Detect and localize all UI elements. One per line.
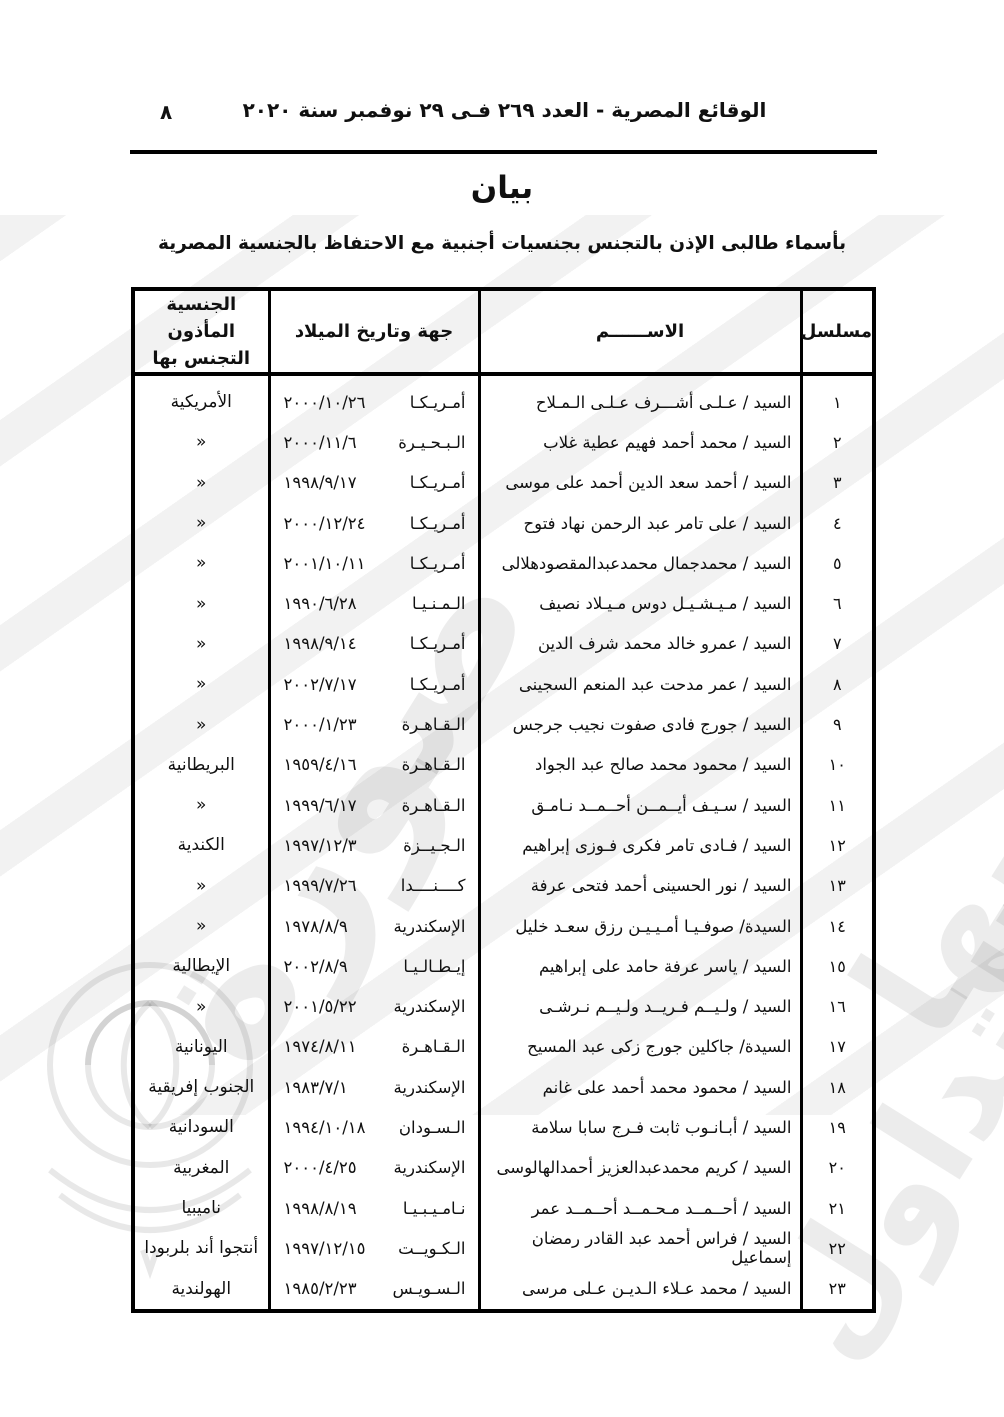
name-cell: السيد / محمود محمد أحمد على غانم [479, 1067, 801, 1107]
table-row: ٢٣ السيد / محمد عـلاء الـديـن عـلى مرسى … [133, 1269, 874, 1311]
birth-place: أمـريـكـا [410, 634, 466, 653]
table-row: ١٧ السيدة/ جاكلين جورج زكى عبد المسيح ال… [133, 1027, 874, 1067]
nationality-cell: « [133, 422, 269, 462]
serial-value: ١ [833, 393, 842, 412]
name-cell: السيد / ولـيــم فـريــد ولـيــم نـرشـى [479, 986, 801, 1026]
table-row: ٢٠ السيد / كريم محمدعبدالعزيز أحمدالهالو… [133, 1148, 874, 1188]
birth-place: أمـريـكـا [410, 473, 466, 492]
nationality-cell: « [133, 785, 269, 825]
nationality-value: السودانية [169, 1117, 234, 1137]
applicant-name: السيد / فـادى تامر فكرى فـوزى إبراهيم [522, 836, 791, 855]
nationality-value: « [196, 876, 206, 896]
serial-cell: ١١ [801, 785, 874, 825]
table-row: ١١ السيد / سـيـف أيــمــن أحــمــد نـامـ… [133, 785, 874, 825]
statement-title: بيان [0, 170, 1004, 206]
serial-cell: ٢١ [801, 1188, 874, 1228]
table-row: ١ السيد / عـلـى أشـــرف عـلـى الـمـلاح أ… [133, 374, 874, 422]
serial-value: ١٥ [829, 957, 846, 976]
column-header-nationality: الجنسية المأذون التجنس بها [133, 289, 269, 374]
birth-cell: الـسـودان ١٩٩٤/١٠/١٨ [269, 1107, 479, 1147]
birth-cell: الـقـاهـرة ٢٠٠٠/١/٢٣ [269, 704, 479, 744]
nationality-cell: « [133, 543, 269, 583]
nationality-value: الإيطالية [172, 956, 230, 976]
nationality-value: المغربية [173, 1158, 229, 1178]
serial-cell: ١٩ [801, 1107, 874, 1147]
serial-cell: ٥ [801, 543, 874, 583]
table-row: ٧ السيد / عمرو خالد محمد شرف الدين أمـري… [133, 624, 874, 664]
birth-date: ٢٠٠٠/١٠/٢٦ [284, 393, 366, 412]
birth-place: الـجـيــزة [403, 836, 465, 855]
birth-date: ١٩٩٩/٧/٢٦ [284, 876, 357, 895]
birth-date: ١٩٩٨/٨/١٩ [284, 1199, 357, 1218]
table-row: ١٦ السيد / ولـيــم فـريــد ولـيــم نـرشـ… [133, 986, 874, 1026]
serial-value: ٢٣ [829, 1279, 846, 1298]
nationality-value: البريطانية [168, 755, 235, 775]
column-header-nationality-line2: التجنس بها [152, 348, 250, 369]
nationality-value: « [196, 634, 206, 654]
serial-cell: ٧ [801, 624, 874, 664]
applicant-name: السيد / كريم محمدعبدالعزيز أحمدالهالوسى [497, 1158, 792, 1177]
serial-value: ٢١ [829, 1199, 846, 1218]
birth-cell: الـمـنـيـا ١٩٩٠/٦/٢٨ [269, 583, 479, 623]
applicant-name: السيد / فراس أحمد عبد القادر رمضان إسماع… [532, 1229, 792, 1267]
applicant-name: السيد / محمد عـلاء الـديـن عـلى مرسى [522, 1279, 791, 1298]
birth-place: الـقـاهـرة [402, 1037, 466, 1056]
nationality-value: « [196, 997, 206, 1017]
nationality-value: أنتجوا أند بلربودا [144, 1238, 258, 1258]
birth-date: ١٩٩٠/٦/٢٨ [284, 594, 357, 613]
serial-value: ١٤ [829, 917, 846, 936]
applicant-name: السيد / أبـانـوب ثابت فـرج سابا سلامة [531, 1118, 791, 1137]
serial-value: ١٩ [829, 1118, 846, 1137]
birth-place: الـمـنـيـا [412, 594, 465, 613]
nationality-cell: الكندية [133, 825, 269, 865]
serial-cell: ١٤ [801, 906, 874, 946]
applicant-name: السيد / أحــمــد مـحـمــد أحــمــد عمر [532, 1199, 792, 1218]
birth-cell: إيـطـالـيـا ٢٠٠٢/٨/٩ [269, 946, 479, 986]
birth-cell: الـقـاهـرة ١٩٥٩/٤/١٦ [269, 745, 479, 785]
table-row: ١٢ السيد / فـادى تامر فكرى فـوزى إبراهيم… [133, 825, 874, 865]
nationality-value: الكندية [178, 835, 225, 855]
birth-cell: الـجـيــزة ١٩٩٧/١٢/٣ [269, 825, 479, 865]
name-cell: السيد / أحمد سعد الدين أحمد على موسى [479, 463, 801, 503]
birth-cell: أمـريـكـا ٢٠٠١/١٠/١١ [269, 543, 479, 583]
serial-value: ٥ [833, 554, 842, 573]
name-cell: السيد / عمرو خالد محمد شرف الدين [479, 624, 801, 664]
gazette-page: الوقائع المصرية - العدد ٢٦٩ فـى ٢٩ نوفمب… [0, 0, 1004, 1417]
serial-value: ١٧ [829, 1037, 846, 1056]
nationality-cell: « [133, 463, 269, 503]
birth-place: الإسكندرية [394, 1158, 466, 1177]
nationality-cell: « [133, 986, 269, 1026]
nationality-cell: « [133, 906, 269, 946]
birth-date: ٢٠٠٠/١/٢٣ [284, 715, 357, 734]
serial-cell: ٢ [801, 422, 874, 462]
applicant-name: السيد / أحمد سعد الدين أحمد على موسى [505, 473, 791, 492]
applicant-name: السيدة/ جاكلين جورج زكى عبد المسيح [527, 1037, 791, 1056]
nationality-value: ناميبيا [181, 1198, 221, 1218]
birth-cell: الـقـاهـرة ١٩٧٤/٨/١١ [269, 1027, 479, 1067]
nationality-cell: « [133, 583, 269, 623]
nationality-cell: البريطانية [133, 745, 269, 785]
table-row: ١٤ السيدة/ صوفـيـا أمـيـيـن رزق سعـد خلي… [133, 906, 874, 946]
table-row: ٢١ السيد / أحــمــد مـحـمــد أحــمــد عم… [133, 1188, 874, 1228]
applicant-name: السيد / محمد أحمد فهيم عطية غلاب [543, 433, 791, 452]
table-row: ١٣ السيد / نور الحسينى أحمد فتحى عرفة كـ… [133, 866, 874, 906]
birth-date: ٢٠٠١/٥/٢٢ [284, 997, 357, 1016]
serial-value: ١٦ [829, 997, 846, 1016]
name-cell: السيد / مـيـشـيـل دوس مـيـلاد نصيف [479, 583, 801, 623]
name-cell: السيد / أحــمــد مـحـمــد أحــمــد عمر [479, 1188, 801, 1228]
serial-value: ٦ [833, 594, 842, 613]
birth-date: ٢٠٠٢/٧/١٧ [284, 675, 357, 694]
nationality-cell: أنتجوا أند بلربودا [133, 1228, 269, 1268]
birth-date: ١٩٩٨/٩/١٧ [284, 473, 357, 492]
table-row: ٣ السيد / أحمد سعد الدين أحمد على موسى أ… [133, 463, 874, 503]
birth-date: ٢٠٠٠/١٢/٢٤ [284, 514, 366, 533]
birth-place: أمـريـكـا [410, 675, 466, 694]
applicant-name: السيد / على تامر عبد الرحمن نهاد فتوح [524, 514, 792, 533]
table-header-row: مسلسل الاســــــم جهة وتاريخ الميلاد الج… [133, 289, 874, 374]
name-cell: السيد / محمدجمال محمدعبدالمقصودهلالى [479, 543, 801, 583]
page-header: الوقائع المصرية - العدد ٢٦٩ فـى ٢٩ نوفمب… [132, 98, 877, 140]
serial-value: ٨ [833, 675, 842, 694]
name-cell: السيدة/ صوفـيـا أمـيـيـن رزق سعـد خليل [479, 906, 801, 946]
applicant-name: السيد / نور الحسينى أحمد فتحى عرفة [531, 876, 792, 895]
nationality-cell: « [133, 664, 269, 704]
serial-cell: ٤ [801, 503, 874, 543]
applicant-name: السيد / محمود محمد أحمد على غانم [543, 1078, 792, 1097]
serial-value: ٧ [833, 634, 842, 653]
name-cell: السيد / عمر مدحت عبد المنعم السجينى [479, 664, 801, 704]
table-row: ١٥ السيد / ياسر عرفة حامد على إبراهيم إي… [133, 946, 874, 986]
applicant-name: السيدة/ صوفـيـا أمـيـيـن رزق سعـد خليل [515, 917, 791, 936]
nationality-cell: الجنوب إفريقية [133, 1067, 269, 1107]
birth-place: الـبـحـيـرة [398, 433, 465, 452]
nationality-cell: ناميبيا [133, 1188, 269, 1228]
serial-value: ٢٢ [829, 1239, 846, 1258]
birth-cell: الـسـويـس ١٩٨٥/٢/٢٣ [269, 1269, 479, 1311]
nationality-value: الهولندية [171, 1279, 231, 1299]
name-cell: السيد / محمد عـلاء الـديـن عـلى مرسى [479, 1269, 801, 1311]
birth-place: الـسـودان [399, 1118, 466, 1137]
gazette-title: الوقائع المصرية - العدد ٢٦٩ فـى ٢٩ نوفمب… [132, 98, 877, 122]
name-cell: السيد / محمد أحمد فهيم عطية غلاب [479, 422, 801, 462]
birth-cell: الإسكندرية ١٩٨٣/٧/١ [269, 1067, 479, 1107]
birth-place: أمـريـكـا [410, 554, 466, 573]
nationality-cell: « [133, 503, 269, 543]
birth-date: ١٩٨٥/٢/٢٣ [284, 1279, 357, 1298]
nationality-cell: « [133, 624, 269, 664]
table-row: ١٩ السيد / أبـانـوب ثابت فـرج سابا سلامة… [133, 1107, 874, 1147]
birth-place: الـكـويــت [398, 1239, 465, 1258]
name-cell: السيد / على تامر عبد الرحمن نهاد فتوح [479, 503, 801, 543]
serial-value: ٢٠ [829, 1158, 846, 1177]
table-row: ٩ السيد / جورج فادى صفوت نجيب جرجس الـقـ… [133, 704, 874, 744]
nationality-cell: « [133, 866, 269, 906]
name-cell: السيد / فـادى تامر فكرى فـوزى إبراهيم [479, 825, 801, 865]
serial-cell: ١٥ [801, 946, 874, 986]
birth-place: الإسكندرية [394, 997, 466, 1016]
birth-place: الإسكندرية [394, 917, 466, 936]
birth-cell: نـامـيـبـيـا ١٩٩٨/٨/١٩ [269, 1188, 479, 1228]
column-header-nationality-line1: الجنسية المأذون [166, 294, 236, 342]
birth-date: ١٩٩٤/١٠/١٨ [284, 1118, 366, 1137]
table-row: ١٨ السيد / محمود محمد أحمد على غانم الإس… [133, 1067, 874, 1107]
birth-date: ٢٠٠٠/١١/٦ [284, 433, 357, 452]
column-header-serial: مسلسل [801, 289, 874, 374]
birth-cell: أمـريـكـا ١٩٩٨/٩/١٤ [269, 624, 479, 664]
serial-value: ٣ [833, 473, 842, 492]
nationality-cell: المغربية [133, 1148, 269, 1188]
serial-cell: ١٢ [801, 825, 874, 865]
birth-place: الـسـويـس [393, 1279, 466, 1298]
applicant-name: السيد / عـلـى أشـــرف عـلـى الـمـلاح [536, 393, 792, 412]
birth-date: ١٩٧٤/٨/١١ [284, 1037, 357, 1056]
applicant-name: السيد / سـيـف أيــمــن أحــمــد نـامـق [531, 796, 791, 815]
nationality-value: « [196, 473, 206, 493]
table-row: ٢ السيد / محمد أحمد فهيم عطية غلاب الـبـ… [133, 422, 874, 462]
applicant-name: السيد / ياسر عرفة حامد على إبراهيم [539, 957, 792, 976]
statement-subtitle: بأسماء طالبى الإذن بالتجنس بجنسيات أجنبي… [0, 233, 1004, 254]
birth-date: ٢٠٠٢/٨/٩ [284, 957, 348, 976]
birth-cell: الـبـحـيـرة ٢٠٠٠/١١/٦ [269, 422, 479, 462]
serial-value: ١١ [829, 796, 846, 815]
nationality-value: الأمريكية [171, 392, 232, 412]
applicant-name: السيد / مـيـشـيـل دوس مـيـلاد نصيف [539, 594, 791, 613]
nationality-value: « [196, 432, 206, 452]
applicants-table: مسلسل الاســــــم جهة وتاريخ الميلاد الج… [131, 287, 876, 1313]
serial-value: ١٨ [829, 1078, 846, 1097]
table-row: ٨ السيد / عمر مدحت عبد المنعم السجينى أم… [133, 664, 874, 704]
serial-cell: ١٦ [801, 986, 874, 1026]
serial-value: ٢ [833, 433, 842, 452]
nationality-value: « [196, 916, 206, 936]
birth-cell: كــــنــــدا ١٩٩٩/٧/٢٦ [269, 866, 479, 906]
nationality-cell: « [133, 704, 269, 744]
nationality-value: « [196, 674, 206, 694]
serial-cell: ٣ [801, 463, 874, 503]
name-cell: السيد / كريم محمدعبدالعزيز أحمدالهالوسى [479, 1148, 801, 1188]
nationality-value: « [196, 553, 206, 573]
birth-date: ١٩٨٣/٧/١ [284, 1078, 348, 1097]
birth-place: نـامـيـبـيـا [403, 1199, 466, 1218]
birth-date: ١٩٧٨/٨/٩ [284, 917, 348, 936]
birth-date: ١٩٩٧/١٢/١٥ [284, 1239, 366, 1258]
column-header-name: الاســــــم [479, 289, 801, 374]
serial-cell: ٢٠ [801, 1148, 874, 1188]
serial-cell: ١٠ [801, 745, 874, 785]
birth-place: أمـريـكـا [410, 393, 466, 412]
serial-cell: ٢٣ [801, 1269, 874, 1311]
applicant-name: السيد / عمر مدحت عبد المنعم السجينى [519, 675, 792, 694]
birth-date: ١٩٩٩/٦/١٧ [284, 796, 357, 815]
table-row: ٦ السيد / مـيـشـيـل دوس مـيـلاد نصيف الـ… [133, 583, 874, 623]
birth-cell: الإسكندرية ١٩٧٨/٨/٩ [269, 906, 479, 946]
birth-date: ٢٠٠٠/٤/٢٥ [284, 1158, 357, 1177]
nationality-value: اليونانية [175, 1037, 228, 1057]
applicant-name: السيد / عمرو خالد محمد شرف الدين [538, 634, 792, 653]
birth-place: إيـطـالـيـا [403, 957, 465, 976]
name-cell: السيد / جورج فادى صفوت نجيب جرجس [479, 704, 801, 744]
birth-date: ١٩٩٧/١٢/٣ [284, 836, 357, 855]
birth-place: الـقـاهـرة [402, 755, 466, 774]
serial-cell: ١٨ [801, 1067, 874, 1107]
serial-cell: ١٣ [801, 866, 874, 906]
nationality-cell: اليونانية [133, 1027, 269, 1067]
nationality-value: « [196, 594, 206, 614]
birth-cell: أمـريـكـا ٢٠٠٢/٧/١٧ [269, 664, 479, 704]
applicant-name: السيد / محمود محمد صالح عبد الجواد [535, 755, 792, 774]
header-divider-rule [130, 150, 877, 154]
table-body: ١ السيد / عـلـى أشـــرف عـلـى الـمـلاح أ… [133, 374, 874, 1311]
birth-cell: أمـريـكـا ٢٠٠٠/١٢/٢٤ [269, 503, 479, 543]
serial-value: ٤ [833, 514, 842, 533]
nationality-value: « [196, 795, 206, 815]
serial-cell: ٩ [801, 704, 874, 744]
serial-value: ٩ [833, 715, 842, 734]
applicant-name: السيد / جورج فادى صفوت نجيب جرجس [513, 715, 792, 734]
serial-value: ١٠ [829, 755, 846, 774]
name-cell: السيد / محمود محمد صالح عبد الجواد [479, 745, 801, 785]
birth-cell: أمـريـكـا ٢٠٠٠/١٠/٢٦ [269, 374, 479, 422]
birth-place: الـقـاهـرة [402, 796, 466, 815]
table-row: ٢٢ السيد / فراس أحمد عبد القادر رمضان إس… [133, 1228, 874, 1268]
serial-value: ١٣ [829, 876, 846, 895]
name-cell: السيد / نور الحسينى أحمد فتحى عرفة [479, 866, 801, 906]
birth-cell: الـقـاهـرة ١٩٩٩/٦/١٧ [269, 785, 479, 825]
nationality-value: « [196, 715, 206, 735]
nationality-cell: السودانية [133, 1107, 269, 1147]
table-row: ٥ السيد / محمدجمال محمدعبدالمقصودهلالى أ… [133, 543, 874, 583]
nationality-value: « [196, 513, 206, 533]
nationality-cell: الأمريكية [133, 374, 269, 422]
birth-place: الـقـاهـرة [402, 715, 466, 734]
birth-place: أمـريـكـا [410, 514, 466, 533]
applicants-table-wrap: مسلسل الاســــــم جهة وتاريخ الميلاد الج… [135, 287, 876, 1313]
birth-cell: الـكـويــت ١٩٩٧/١٢/١٥ [269, 1228, 479, 1268]
nationality-cell: الهولندية [133, 1269, 269, 1311]
serial-cell: ١ [801, 374, 874, 422]
birth-cell: الإسكندرية ٢٠٠٠/٤/٢٥ [269, 1148, 479, 1188]
applicant-name: السيد / محمدجمال محمدعبدالمقصودهلالى [502, 554, 792, 573]
column-header-birth: جهة وتاريخ الميلاد [269, 289, 479, 374]
name-cell: السيدة/ جاكلين جورج زكى عبد المسيح [479, 1027, 801, 1067]
serial-cell: ٢٢ [801, 1228, 874, 1268]
birth-date: ١٩٥٩/٤/١٦ [284, 755, 357, 774]
nationality-cell: الإيطالية [133, 946, 269, 986]
table-row: ٤ السيد / على تامر عبد الرحمن نهاد فتوح … [133, 503, 874, 543]
birth-place: كــــنــــدا [401, 876, 466, 895]
table-row: ١٠ السيد / محمود محمد صالح عبد الجواد ال… [133, 745, 874, 785]
page-number: ٨ [160, 100, 172, 124]
birth-date: ١٩٩٨/٩/١٤ [284, 634, 357, 653]
birth-cell: أمـريـكـا ١٩٩٨/٩/١٧ [269, 463, 479, 503]
serial-cell: ٨ [801, 664, 874, 704]
applicant-name: السيد / ولـيــم فـريــد ولـيــم نـرشـى [539, 997, 791, 1016]
birth-place: الإسكندرية [394, 1078, 466, 1097]
nationality-value: الجنوب إفريقية [148, 1077, 254, 1097]
name-cell: السيد / ياسر عرفة حامد على إبراهيم [479, 946, 801, 986]
birth-cell: الإسكندرية ٢٠٠١/٥/٢٢ [269, 986, 479, 1026]
name-cell: السيد / سـيـف أيــمــن أحــمــد نـامـق [479, 785, 801, 825]
name-cell: السيد / أبـانـوب ثابت فـرج سابا سلامة [479, 1107, 801, 1147]
name-cell: السيد / فراس أحمد عبد القادر رمضان إسماع… [479, 1228, 801, 1268]
name-cell: السيد / عـلـى أشـــرف عـلـى الـمـلاح [479, 374, 801, 422]
serial-cell: ٦ [801, 583, 874, 623]
serial-value: ١٢ [829, 836, 846, 855]
serial-cell: ١٧ [801, 1027, 874, 1067]
birth-date: ٢٠٠١/١٠/١١ [284, 554, 366, 573]
